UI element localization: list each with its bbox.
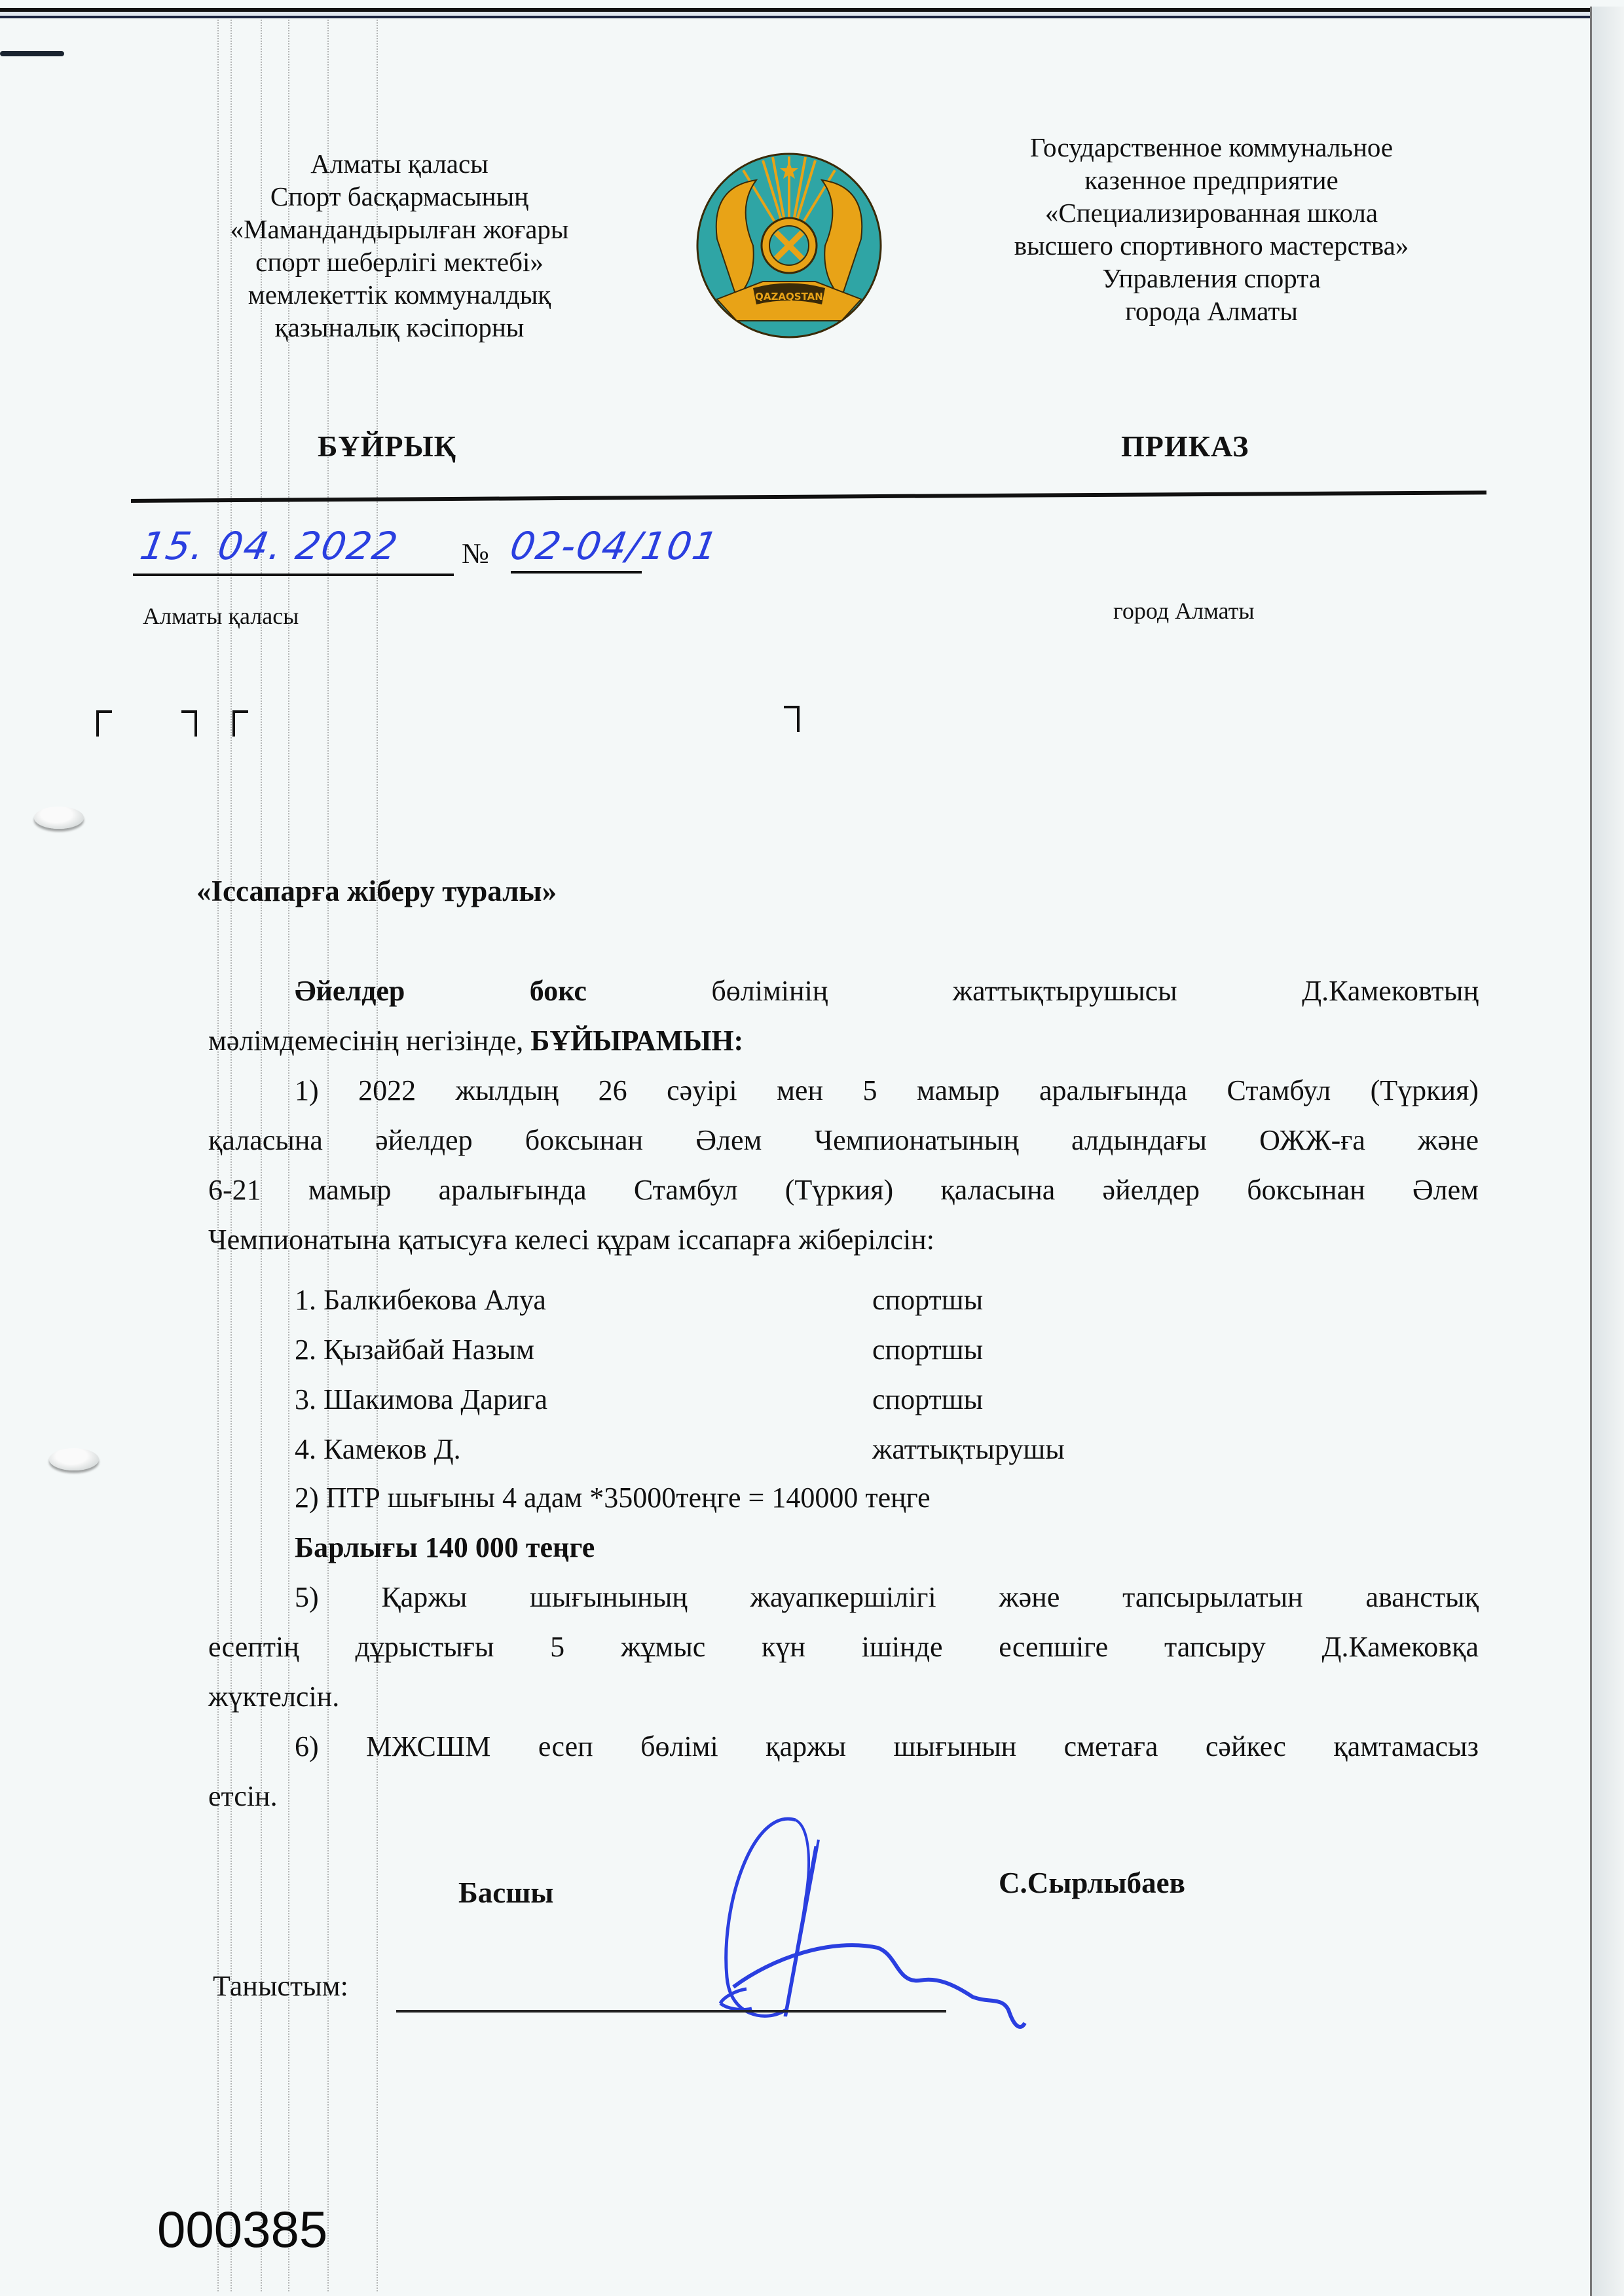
signatory-position: Басшы <box>458 1876 553 1910</box>
header-line: высшего спортивного мастерства» <box>930 229 1493 262</box>
handwritten-signature-icon <box>622 1807 1146 2030</box>
participant-role: жаттықтырушы <box>872 1425 1065 1474</box>
corner-mark <box>784 706 800 732</box>
handwritten-order-number: 02-04/101 <box>507 524 722 568</box>
participant-name: 3. Шакимова Дарига <box>295 1375 872 1425</box>
intro-text: мәлімдемесінің негізінде, <box>208 1025 530 1057</box>
city-kz: Алматы қаласы <box>143 602 299 630</box>
scan-edge-artifact <box>0 51 64 56</box>
order-subject: «Іссапарға жіберу туралы» <box>196 874 557 908</box>
document-title-kz: БҰЙРЫҚ <box>318 429 456 464</box>
order-body: Әйелдер бокс бөлімінің жаттықтырушысы Д.… <box>208 966 1479 1265</box>
header-line: Алматы қаласы <box>170 147 629 180</box>
corner-mark <box>181 710 197 737</box>
acknowledged-signature-line <box>396 2010 946 2013</box>
acknowledged-label: Таныстым: <box>213 1969 348 2003</box>
total-amount: Барлығы 140 000 теңге <box>208 1523 1479 1573</box>
header-line: «Специализированная школа <box>930 196 1493 229</box>
document-title-ru: ПРИКАЗ <box>1121 429 1249 464</box>
participant-role: спортшы <box>872 1375 983 1425</box>
number-underline <box>511 571 642 574</box>
punch-hole <box>49 1448 99 1470</box>
svg-text:QAZAQSTAN: QAZAQSTAN <box>755 291 823 302</box>
item-5-line: есептің дұрыстығы 5 жұмыс күн ішінде есе… <box>208 1622 1479 1672</box>
participant-name: 4. Камеков Д. <box>295 1425 872 1474</box>
header-line: Управления спорта <box>930 262 1493 295</box>
header-org-kz: Алматы қаласы Спорт басқармасының «Маман… <box>170 147 629 344</box>
scan-edge-artifact <box>0 8 1598 21</box>
corner-mark <box>232 710 248 737</box>
intro-line: Әйелдер бокс бөлімінің жаттықтырушысы Д.… <box>208 966 1479 1016</box>
punch-hole <box>34 807 84 829</box>
handwritten-date: 15. 04. 2022 <box>137 524 402 568</box>
header-line: спорт шеберлігі мектебі» <box>170 246 629 278</box>
participant-role: спортшы <box>872 1325 983 1375</box>
number-sign: № <box>462 537 489 570</box>
list-item: 1. Балкибекова Алуа спортшы <box>295 1275 1065 1325</box>
order-keyword: БҰЙЫРАМЫН: <box>530 1025 743 1057</box>
corner-mark <box>96 710 112 737</box>
signatory-name: С.Сырлыбаев <box>999 1866 1185 1900</box>
intro-line-2: мәлімдемесінің негізінде, БҰЙЫРАМЫН: <box>208 1016 1479 1066</box>
item-1-line: 6-21 мамыр аралығында Стамбул (Түркия) қ… <box>208 1165 1479 1215</box>
participant-role: спортшы <box>872 1275 983 1325</box>
header-line: мемлекеттік коммуналдық <box>170 278 629 311</box>
page-edge-shadow <box>1590 7 1624 2296</box>
header-org-ru: Государственное коммунальное казенное пр… <box>930 131 1493 327</box>
department-name: Әйелдер бокс <box>295 975 587 1007</box>
item-1-line: 1) 2022 жылдың 26 сәуірі мен 5 мамыр ара… <box>208 1066 1479 1116</box>
date-underline <box>133 574 454 576</box>
list-item: 2. Қызайбай Назым спортшы <box>295 1325 1065 1375</box>
header-line: казенное предприятие <box>930 164 1493 196</box>
list-item: 4. Камеков Д. жаттықтырушы <box>295 1425 1065 1474</box>
participant-name: 2. Қызайбай Назым <box>295 1325 872 1375</box>
header-line: «Мамандандырылған жоғары <box>170 213 629 246</box>
item-5-line: 5) Қаржы шығынының жауапкершілігі және т… <box>208 1573 1479 1622</box>
item-2-cost: 2) ПТР шығыны 4 адам *35000теңге = 14000… <box>208 1473 1479 1523</box>
item-1-line: қаласына әйелдер боксынан Әлем Чемпионат… <box>208 1116 1479 1165</box>
participant-name: 1. Балкибекова Алуа <box>295 1275 872 1325</box>
header-line: Спорт басқармасының <box>170 180 629 213</box>
header-line: Государственное коммунальное <box>930 131 1493 164</box>
header-line: қазыналық кәсіпорны <box>170 311 629 344</box>
item-5-line: жүктелсін. <box>208 1672 1479 1722</box>
item-6-line: 6) МЖСШМ есеп бөлімі қаржы шығынын смета… <box>208 1722 1479 1772</box>
intro-text: бөлімінің жаттықтырушысы Д.Камековтың <box>587 975 1479 1007</box>
kazakhstan-emblem-icon: QAZAQSTAN <box>691 147 887 344</box>
city-ru: город Алматы <box>1113 597 1255 625</box>
list-item: 3. Шакимова Дарига спортшы <box>295 1375 1065 1425</box>
header-line: города Алматы <box>930 295 1493 327</box>
header-divider <box>131 490 1486 503</box>
item-1-line: Чемпионатына қатысуға келесі құрам іссап… <box>208 1215 1479 1265</box>
order-body-continued: 2) ПТР шығыны 4 адам *35000теңге = 14000… <box>208 1473 1479 1821</box>
participants-list: 1. Балкибекова Алуа спортшы 2. Қызайбай … <box>295 1275 1065 1474</box>
serial-number: 000385 <box>157 2200 327 2259</box>
